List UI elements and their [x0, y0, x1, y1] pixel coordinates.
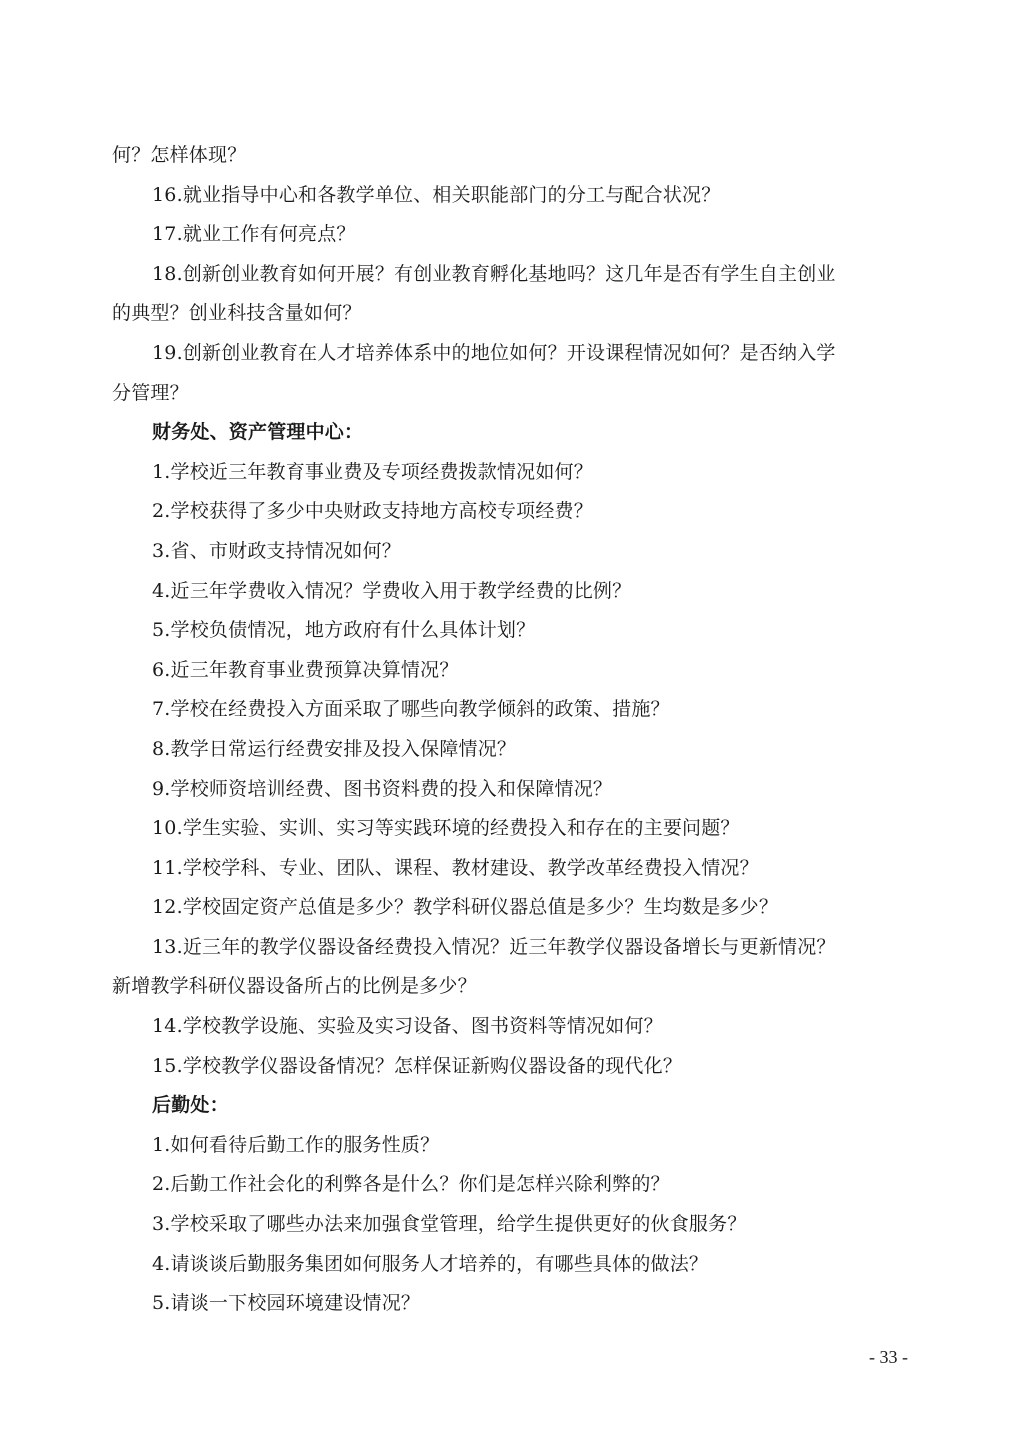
- text-line: 8.教学日常运行经费安排及投入保障情况？: [112, 730, 902, 770]
- text-line: 1.如何看待后勤工作的服务性质？: [112, 1126, 902, 1166]
- text-line: 新增教学科研仪器设备所占的比例是多少？: [112, 967, 902, 1007]
- document-body: 何？怎样体现？16.就业指导中心和各教学单位、相关职能部门的分工与配合状况？17…: [112, 136, 902, 1324]
- text-line: 2.后勤工作社会化的利弊各是什么？你们是怎样兴除利弊的？: [112, 1165, 902, 1205]
- text-line: 10.学生实验、实训、实习等实践环境的经费投入和存在的主要问题？: [112, 809, 902, 849]
- text-line: 13.近三年的教学仪器设备经费投入情况？近三年教学仪器设备增长与更新情况？: [112, 928, 902, 968]
- text-line: 6.近三年教育事业费预算决算情况？: [112, 651, 902, 691]
- text-line: 5.学校负债情况，地方政府有什么具体计划？: [112, 611, 902, 651]
- section-heading: 后勤处：: [112, 1086, 902, 1126]
- text-line: 7.学校在经费投入方面采取了哪些向教学倾斜的政策、措施？: [112, 690, 902, 730]
- page-number: - 33 -: [869, 1347, 908, 1368]
- text-line: 14.学校教学设施、实验及实习设备、图书资料等情况如何？: [112, 1007, 902, 1047]
- text-line: 3.省、市财政支持情况如何？: [112, 532, 902, 572]
- text-line: 17.就业工作有何亮点？: [112, 215, 902, 255]
- section-heading: 财务处、资产管理中心：: [112, 413, 902, 453]
- text-line: 的典型？创业科技含量如何？: [112, 294, 902, 334]
- text-line: 3.学校采取了哪些办法来加强食堂管理，给学生提供更好的伙食服务？: [112, 1205, 902, 1245]
- text-line: 16.就业指导中心和各教学单位、相关职能部门的分工与配合状况？: [112, 176, 902, 216]
- text-line: 何？怎样体现？: [112, 136, 902, 176]
- text-line: 19.创新创业教育在人才培养体系中的地位如何？开设课程情况如何？是否纳入学: [112, 334, 902, 374]
- text-line: 4.近三年学费收入情况？学费收入用于教学经费的比例？: [112, 572, 902, 612]
- text-line: 2.学校获得了多少中央财政支持地方高校专项经费？: [112, 492, 902, 532]
- text-line: 5.请谈一下校园环境建设情况？: [112, 1284, 902, 1324]
- text-line: 11.学校学科、专业、团队、课程、教材建设、教学改革经费投入情况？: [112, 849, 902, 889]
- text-line: 12.学校固定资产总值是多少？教学科研仪器总值是多少？生均数是多少？: [112, 888, 902, 928]
- text-line: 1.学校近三年教育事业费及专项经费拨款情况如何？: [112, 453, 902, 493]
- text-line: 分管理？: [112, 374, 902, 414]
- text-line: 9.学校师资培训经费、图书资料费的投入和保障情况？: [112, 770, 902, 810]
- text-line: 18.创新创业教育如何开展？有创业教育孵化基地吗？这几年是否有学生自主创业: [112, 255, 902, 295]
- text-line: 4.请谈谈后勤服务集团如何服务人才培养的，有哪些具体的做法？: [112, 1245, 902, 1285]
- text-line: 15.学校教学仪器设备情况？怎样保证新购仪器设备的现代化？: [112, 1047, 902, 1087]
